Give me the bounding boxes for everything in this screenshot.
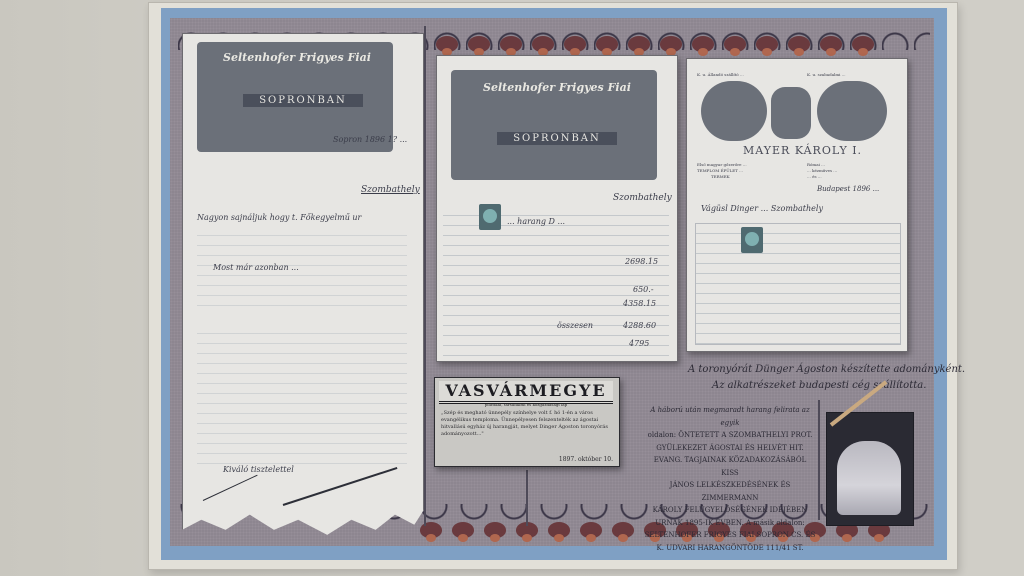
- letterhead-city: SOPRONBAN: [243, 94, 363, 107]
- bell-inscription-text: A háború után megmaradt harang felirata …: [644, 404, 816, 554]
- inscription-line: GYÜLEKEZET ÁGOSTAI ÉS HELVÉT HIT.: [644, 442, 816, 455]
- newspaper-masthead: VASVÁRMEGYE: [439, 381, 613, 404]
- inscription-line: JÁNOS LELKÉSZKEDÉSÉNEK ÉS ZIMMERMANN: [644, 479, 816, 504]
- newspaper-clipping: VASVÁRMEGYE politikai, társadalmi és köz…: [434, 377, 620, 467]
- invoice-row-amount: 4795: [629, 338, 649, 350]
- inscription-line: URNAK 1895-IK ÉVBEN. A másik oldalon:: [644, 517, 816, 530]
- addressee-line: Szombathely: [613, 192, 672, 204]
- invoice-middle: SOPRONBAN Seltenhofer Frigyes Fiai Szomb…: [436, 55, 678, 362]
- bell-photo: [826, 412, 914, 526]
- letter-line: Kiváló tisztelettel: [223, 464, 294, 476]
- inscription-line: EVANG. TAGJAINAK KÖZADAKOZÁSÁBÓL KISS: [644, 454, 816, 479]
- left-column-line: TERMEK: [711, 171, 730, 183]
- newspaper-subtitle: politikai, társadalmi és közgazdasági la…: [439, 402, 613, 407]
- bell-icon: [837, 441, 901, 515]
- coat-of-arms-center: [771, 87, 811, 139]
- top-left-caption: K. u. Állandó szállító ...: [697, 69, 744, 81]
- medal-cluster-left: [701, 81, 767, 141]
- handwriting-block-2: [197, 324, 407, 464]
- inscription-line: A háború után megmaradt harang felirata …: [644, 404, 816, 429]
- inscription-line: oldalon: ÖNTETETT A SZOMBATHELYI PROT.: [644, 429, 816, 442]
- letter-line: Most már azonban ...: [213, 262, 299, 274]
- letterhead-city: SOPRONBAN: [497, 132, 617, 145]
- addressee-line: Szombathely: [361, 184, 420, 196]
- letterhead-name: MAYER KÁROLY I.: [743, 145, 862, 157]
- inscription-line: K. UDVARI HARANGÖNTÖDE 111/41 ST.: [644, 542, 816, 555]
- invoice-row-text: összesen: [557, 320, 593, 332]
- invoice-row-text: ... harang D ...: [507, 216, 565, 228]
- caption-line-2: Az alkatrészeket budapesti cég szállítot…: [712, 380, 926, 391]
- medal-cluster-right: [817, 81, 887, 141]
- date-line: Sopron 1896 1? ...: [333, 134, 407, 146]
- invoice-row-amount: 2698.15: [625, 256, 658, 268]
- letter-left: SOPRONBAN Seltenhofer Frigyes Fiai Sopro…: [182, 33, 424, 540]
- inscription-line: SELTENHOFER FRIGYES FIAI SOPRON CS. ÉS: [644, 529, 816, 542]
- newspaper-date: 1897. október 10.: [559, 456, 613, 463]
- panel-divider-vertical-1: [424, 26, 426, 526]
- right-column-line: ... és ...: [807, 171, 822, 183]
- addressee-line: Vágüsl Dinger ... Szombathely: [701, 203, 823, 215]
- caption-line-1: A toronyórát Dünger Ágoston készítette a…: [688, 364, 965, 375]
- invoice-ruled-area: [695, 223, 901, 345]
- invoice-right: K. u. Állandó szállító ... K. u. szabada…: [686, 58, 908, 352]
- invoice-ruled-area: [443, 206, 669, 356]
- revenue-stamp: [479, 204, 501, 230]
- panel-divider-vertical-2: [526, 470, 528, 526]
- signature-stroke-small: [203, 475, 258, 501]
- letterhead-name: Seltenhofer Frigyes Fiai: [483, 82, 631, 94]
- letter-line: Nagyon sajnáljuk hogy t. Főkegyelmű ur: [197, 212, 361, 224]
- invoice-row-amount: 650.-: [633, 284, 654, 296]
- date-line: Budapest 1896 ...: [817, 183, 879, 195]
- heart-ornament-row-top: [436, 36, 884, 52]
- invoice-row-amount: 4358.15: [623, 298, 656, 310]
- newspaper-body: „Szép és megható ünnepély színhelye volt…: [441, 410, 611, 438]
- inscription-line: KÁROLY FELÜGYELŐSÉGÉNEK IDEJÉBEN: [644, 504, 816, 517]
- top-right-caption: K. u. szabadalmi ...: [807, 69, 846, 81]
- signature-stroke: [283, 467, 398, 506]
- letterhead-name: Seltenhofer Frigyes Fiai: [223, 52, 371, 64]
- panel-divider-vertical-3: [818, 400, 820, 520]
- invoice-row-amount: 4288.60: [623, 320, 656, 332]
- revenue-stamp: [741, 227, 763, 253]
